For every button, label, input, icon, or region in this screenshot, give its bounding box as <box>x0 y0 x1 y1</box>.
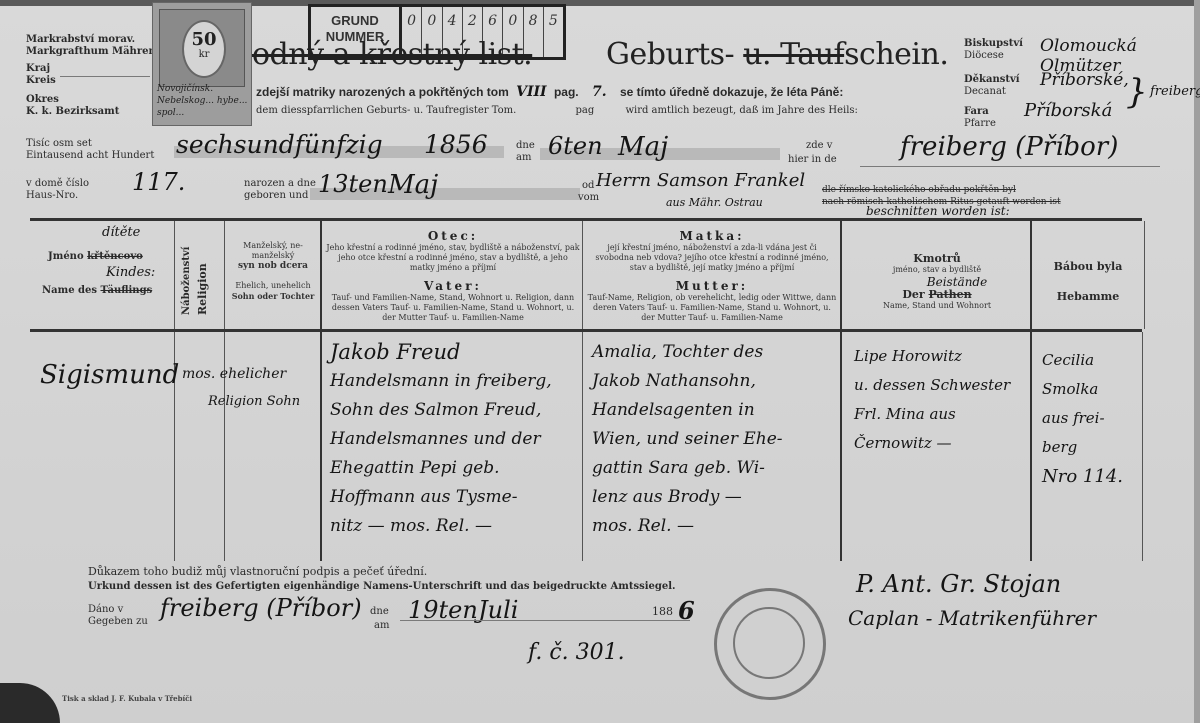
baptizer-origin: aus Mähr. Ostrau <box>666 196 763 209</box>
house-number: 117. <box>132 168 185 196</box>
born-label-cz: narozen a dne <box>244 178 316 190</box>
father-details: Jakob Freud Handelsmann in freiberg, Soh… <box>330 338 580 541</box>
parish-seal <box>714 588 826 700</box>
mother-line: Handelsagenten in <box>592 396 838 425</box>
title-czech: odný a křestný list. <box>252 38 532 72</box>
year-label-cz: Tisíc osm set <box>26 138 92 150</box>
father-line: Jakob Freud <box>330 338 580 367</box>
header-mother-de-title: Mutter: <box>583 279 841 293</box>
dekanstvi-value: Příborské, <box>1040 70 1129 90</box>
header-legit-de-2: Sohn oder Tochter <box>225 291 321 301</box>
grund-digit: 5 <box>544 7 563 57</box>
dne-label-de: am <box>516 152 531 164</box>
zde-label-cz: zde v <box>806 140 832 152</box>
header-child-name: dítěte Jméno křtěncovo Kindes: Name des … <box>30 221 174 329</box>
issue-year-prefix: 188 <box>652 606 673 618</box>
house-label-de: Haus-Nro. <box>26 190 78 202</box>
row-divider <box>840 332 842 561</box>
header-legit-cz-2: manželský <box>225 251 321 261</box>
born-day: 13ten <box>318 170 388 198</box>
midwife-line: Cecilia <box>1042 346 1138 375</box>
kraj-field-line <box>60 76 150 77</box>
mother-line: lenz aus Brody — <box>592 483 838 512</box>
row-divider <box>582 332 583 561</box>
intro-text-cz-end: se tímto úředně dokazuje, že léta Páně: <box>620 85 843 99</box>
header-legit-cz-3: syn nob dcera <box>225 261 321 271</box>
proof-text-de: Urkund dessen ist des Gefertigten eigenh… <box>88 581 676 593</box>
markrabstvi-label-de: Markgrafthum Mähren <box>26 46 156 58</box>
row-divider <box>1030 332 1032 561</box>
father-line: Handelsmannes und der <box>330 425 580 454</box>
printer-imprint: Tisk a sklad J. F. Kubala v Třebíči <box>62 694 192 703</box>
religion-legit-line2: Religion Sohn <box>208 394 300 409</box>
brace-symbol: } <box>1126 72 1148 112</box>
intro-text-de-end: wird amtlich bezeugt, daß im Jahre des H… <box>625 105 857 116</box>
pag-label-cz: pag. <box>554 85 579 99</box>
father-line: Hoffmann aus Tysme- <box>330 483 580 512</box>
stamp-frame: 50 kr <box>159 9 245 87</box>
header-name-de-text: Name des <box>42 285 97 296</box>
header-godparent-de-desc: Name, Stand und Wohnort <box>842 301 1032 311</box>
markrabstvi-label-cz: Markrabství morav. <box>26 34 135 46</box>
place-field-line <box>860 166 1160 167</box>
tom-value: VIII <box>516 84 547 100</box>
midwife-line: Nro 114. <box>1042 462 1138 491</box>
proof-text-cz: Důkazem toho budiž můj vlastnoruční podp… <box>88 566 427 578</box>
okres-label-cz: Okres <box>26 94 59 106</box>
header-mother-cz-title: Matka: <box>583 229 841 243</box>
dano-label-cz: Dáno v <box>88 604 123 616</box>
header-name-de-struck: Täuflings <box>101 285 153 296</box>
header-godparents: Kmotrů jméno, stav a bydliště Beistände … <box>840 221 1032 329</box>
biskupstvi-label-de: Diöcese <box>964 50 1004 62</box>
fara-value: Příborská <box>1024 100 1112 121</box>
dekanstvi-label-cz: Děkanství <box>964 74 1020 86</box>
mother-line: gattin Sara geb. Wi- <box>592 454 838 483</box>
scan-right-edge <box>1194 0 1200 723</box>
midwife-line: berg <box>1042 433 1138 462</box>
stamp-unit: kr <box>184 50 224 60</box>
header-legit-cz-1: Manželský, ne- <box>225 241 321 251</box>
title-german: Geburts- u. Taufschein. <box>606 38 948 72</box>
year-label-de: Eintausend acht Hundert <box>26 150 154 162</box>
pag-label-de: pag <box>575 105 594 116</box>
header-midwife: Bábou byla Hebamme <box>1030 221 1145 329</box>
midwife-line: aus frei- <box>1042 404 1138 433</box>
kraj-label-cz: Kraj <box>26 63 50 75</box>
header-name-cz-struck: křtěncovo <box>87 251 143 262</box>
header-name-de: Name des Täuflings <box>42 285 152 297</box>
reference-number: f. č. 301. <box>528 640 625 665</box>
header-religion-de: Religion <box>197 263 209 315</box>
title-german-part2: schein. <box>844 37 948 72</box>
born-month: Maj <box>388 170 438 200</box>
dne-label-cz: dne <box>516 140 535 152</box>
mother-line: Amalia, Tochter des <box>592 338 838 367</box>
row-divider <box>320 332 322 561</box>
header-legit-de-1: Ehelich, unehelich <box>225 281 321 291</box>
midwife-line: Smolka <box>1042 375 1138 404</box>
header-midwife-de: Hebamme <box>1032 291 1144 303</box>
issue-year-suffix: 6 <box>678 596 695 625</box>
grund-label: GRUND <box>311 13 399 29</box>
header-name-de-hand: Kindes: <box>106 265 155 280</box>
header-name-cz-text: Jméno <box>48 251 84 262</box>
header-father-de-title: Vater: <box>322 279 584 293</box>
header-mother-cz-desc: její křestní jméno, náboženství a zda-li… <box>583 243 841 273</box>
fara-label-cz: Fara <box>964 106 989 118</box>
stamp-value-circle: 50 kr <box>182 20 226 78</box>
father-line: Sohn des Salmon Freud, <box>330 396 580 425</box>
row-divider <box>1142 332 1143 561</box>
header-godparent-hand: Beistände <box>882 275 1032 289</box>
brace-value: freiberger <box>1150 84 1200 99</box>
intro-text-cz: zdejší matriky narozených a pokřtěných t… <box>256 85 509 99</box>
signature-name: P. Ant. Gr. Stojan <box>856 570 1061 598</box>
title-german-part1: Geburts- <box>606 37 734 72</box>
father-line: Ehegattin Pepi geb. <box>330 454 580 483</box>
father-line: nitz — mos. Rel. — <box>330 512 580 541</box>
header-religion-cz: Náboženství <box>181 247 193 315</box>
baptism-day: 6ten <box>548 132 603 160</box>
header-mother: Matka: její křestní jméno, náboženství a… <box>582 221 841 329</box>
godparent-line: Černowitz — <box>854 429 1030 458</box>
dekanstvi-label-de: Decanat <box>964 86 1006 98</box>
header-godparent-cz: Kmotrů <box>842 253 1032 265</box>
father-line: Handelsmann in freiberg, <box>330 367 580 396</box>
table-header-row: dítěte Jméno křtěncovo Kindes: Name des … <box>30 221 1142 332</box>
issue-dne-de: am <box>374 620 389 632</box>
issue-dne-cz: dne <box>370 606 389 618</box>
header-godparent-cz-desc: jméno, stav a bydliště <box>842 265 1032 275</box>
header-father: Otec: Jeho křestní a rodinné jméno, stav… <box>320 221 584 329</box>
mother-line: Jakob Nathansohn, <box>592 367 838 396</box>
fara-label-de: Pfarre <box>964 118 996 130</box>
godparent-line: u. dessen Schwester <box>854 371 1030 400</box>
header-religion: Náboženství Religion <box>174 221 225 329</box>
house-label-cz: v domě číslo <box>26 178 89 190</box>
religion-legit-line1: mos. ehelicher <box>182 366 286 382</box>
child-name: Sigismund <box>40 360 179 390</box>
godparent-line: Lipe Horowitz <box>854 342 1030 371</box>
seal-inner-ring <box>733 607 805 679</box>
year-number: 1856 <box>424 130 488 159</box>
header-godparent-de-text: Der <box>902 288 924 301</box>
year-words: sechsundfünfzig <box>176 130 383 159</box>
kraj-label-de: Kreis <box>26 75 56 87</box>
mother-details: Amalia, Tochter des Jakob Nathansohn, Ha… <box>592 338 838 541</box>
header-father-cz-title: Otec: <box>322 229 584 243</box>
stamp-value: 50 <box>184 30 224 50</box>
intro-text-de: dem diesspfarrlichen Geburts- u. Taufreg… <box>256 105 516 116</box>
mother-line: Wien, und seiner Ehe- <box>592 425 838 454</box>
issue-place: freiberg (Příbor) <box>160 594 362 622</box>
od-label-cz: od <box>582 180 594 192</box>
okres-label-de: K. k. Bezirksamt <box>26 106 119 118</box>
biskupstvi-label-cz: Biskupství <box>964 38 1023 50</box>
header-godparent-de: Der Pathen <box>842 289 1032 301</box>
issue-date-line <box>400 620 690 621</box>
midwife-details: Cecilia Smolka aus frei- berg Nro 114. <box>1042 346 1138 491</box>
birth-record-table: dítěte Jméno křtěncovo Kindes: Name des … <box>30 218 1142 561</box>
header-name-cz-hand: dítěte <box>102 225 140 240</box>
intro-line-cz: zdejší matriky narozených a pokřtěných t… <box>256 84 843 100</box>
mother-line: mos. Rel. — <box>592 512 838 541</box>
stamp-cancellation-scribble: Novojičínsk. Nebelskog... hybe... spol..… <box>157 83 249 119</box>
header-midwife-cz: Bábou byla <box>1032 261 1144 273</box>
zde-label-de: hier in de <box>788 154 837 166</box>
header-legitimacy: Manželský, ne- manželský syn nob dcera E… <box>224 221 321 329</box>
place-value: freiberg (Příbor) <box>900 132 1118 162</box>
od-label-de: vom <box>578 192 599 204</box>
header-name-cz: Jméno křtěncovo <box>48 251 143 263</box>
baptizer-name: Herrn Samson Frankel <box>596 170 805 191</box>
struck-rite-cz: dle římsko katolického obřadu pokřtěn by… <box>822 184 1016 196</box>
godparent-details: Lipe Horowitz u. dessen Schwester Frl. M… <box>854 342 1030 458</box>
title-german-struck: u. Tauf <box>743 37 844 72</box>
header-father-de-desc: Tauf- und Familien-Name, Stand, Wohnort … <box>322 293 584 323</box>
godparent-line: Frl. Mina aus <box>854 400 1030 429</box>
baptism-month: Maj <box>618 132 668 162</box>
header-father-cz-desc: Jeho křestní a rodinné jméno, stav, bydl… <box>322 243 584 273</box>
table-row: Sigismund mos. ehelicher Religion Sohn J… <box>30 332 1142 561</box>
dano-label-de: Gegeben zu <box>88 616 148 628</box>
pag-value: 7. <box>592 84 607 100</box>
rite-replacement: beschnitten worden ist: <box>866 204 1010 218</box>
intro-line-de: dem diesspfarrlichen Geburts- u. Taufreg… <box>256 105 858 117</box>
signature-title: Caplan - Matrikenführer <box>848 606 1096 630</box>
header-godparent-de-struck: Pathen <box>929 288 972 301</box>
header-mother-de-desc: Tauf-Name, Religion, ob verehelicht, led… <box>583 293 841 323</box>
revenue-stamp: 50 kr Novojičínsk. Nebelskog... hybe... … <box>152 2 252 126</box>
